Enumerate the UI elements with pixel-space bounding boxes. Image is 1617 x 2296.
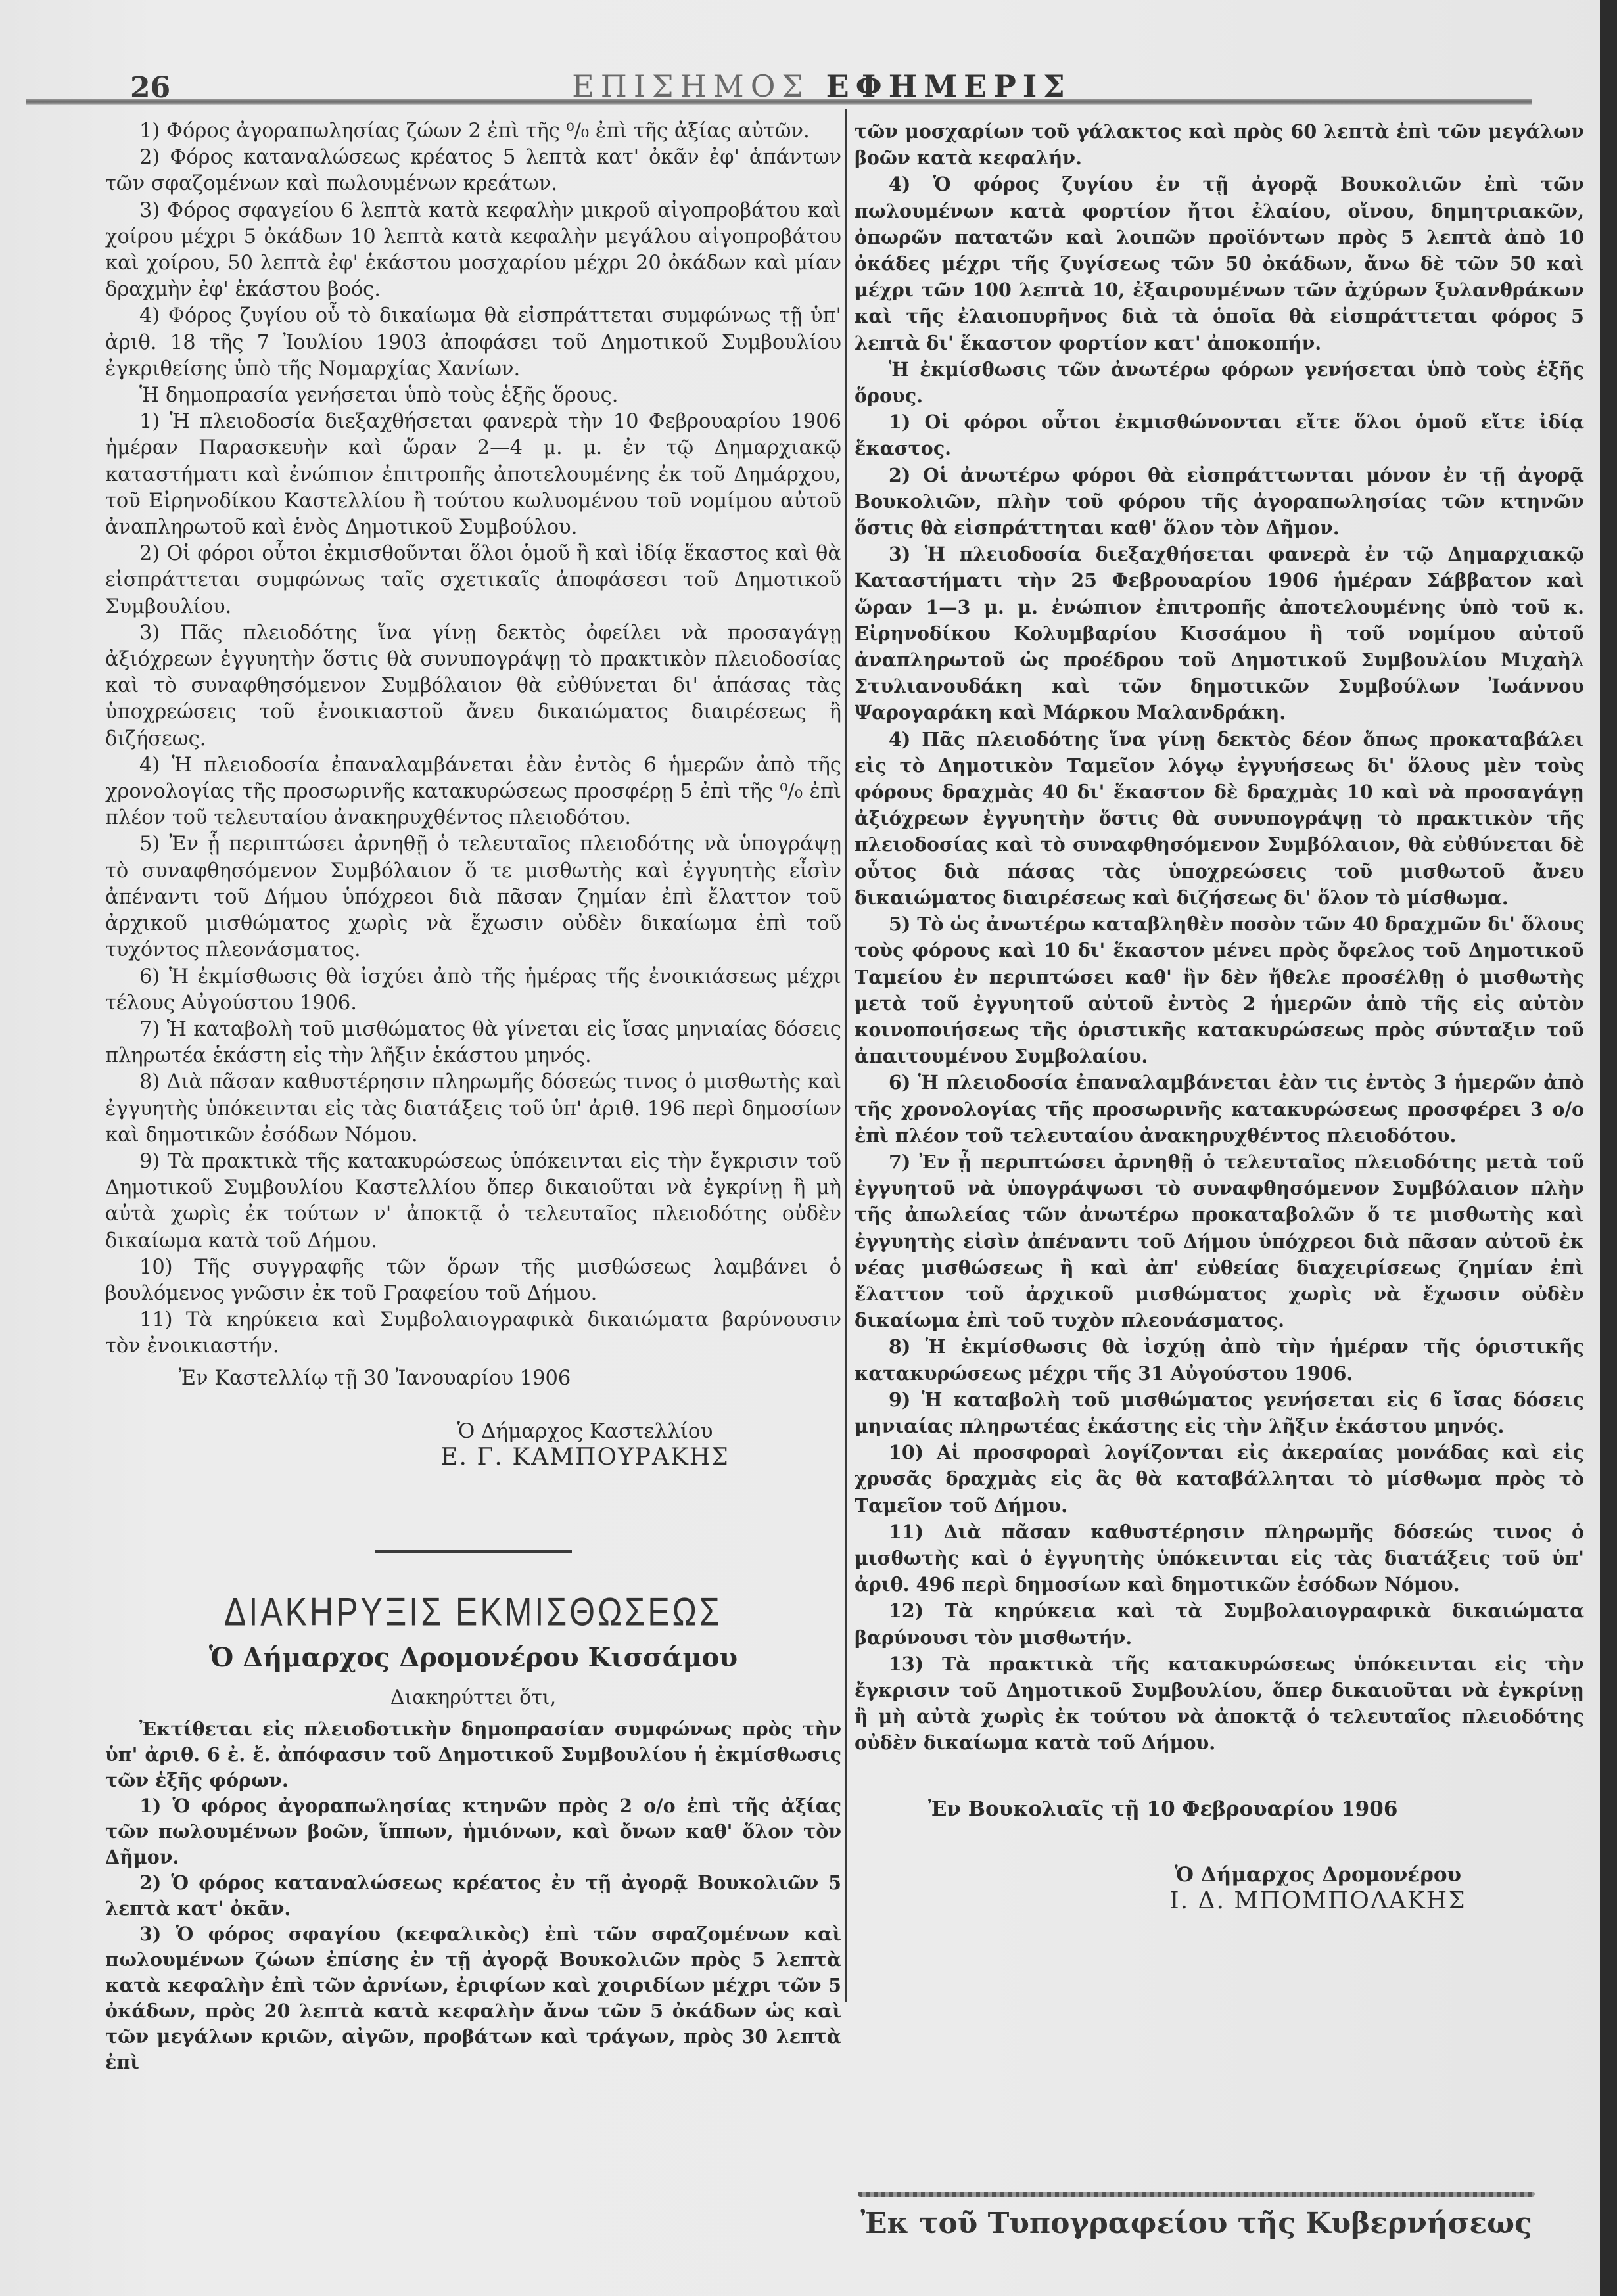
paragraph: 8) Ἡ ἐκμίσθωσις θὰ ἰσχύῃ ἀπὸ τὴν ἡμέραν …: [855, 1333, 1584, 1386]
paragraph: 2) Οἱ ἀνωτέρω φόροι θὰ εἰσπράττωνται μόν…: [855, 462, 1584, 541]
paragraph: 2) Οἱ φόροι οὗτοι ἐκμισθοῦνται ὅλοι ὁμοῦ…: [105, 541, 841, 620]
left-paragraphs: 1) Φόρος ἀγοραπωλησίας ζώων 2 ἐπὶ τῆς ⁰/…: [105, 118, 841, 1360]
paragraph: 9) Ἡ καταβολὴ τοῦ μισθώματος γενήσεται ε…: [855, 1387, 1584, 1439]
signatory-title: Ὁ Δήμαρχος Καστελλίου: [329, 1418, 841, 1444]
paragraph: 3) Πᾶς πλειοδότης ἵνα γίνῃ δεκτὸς ὀφείλε…: [105, 620, 841, 752]
paragraph: 6) Ἡ πλειοδοσία ἐπαναλαμβάνεται ἐὰν τις …: [855, 1069, 1584, 1149]
paragraph: 13) Τὰ πρακτικὰ τῆς κατακυρώσεως ὑπόκειν…: [855, 1651, 1584, 1756]
paragraph: 3) Ἡ πλειοδοσία διεξαχθήσεται φανερὰ ἐν …: [855, 541, 1584, 725]
paragraph: 6) Ἡ ἐκμίσθωσις θὰ ἰσχύει ἀπὸ τῆς ἡμέρας…: [105, 964, 841, 1017]
signatory-title-right: Ὁ Δήμαρχος Δρομονέρου: [1052, 1862, 1584, 1888]
signature-block-right: Ὁ Δήμαρχος Δρομονέρου Ι. Δ. ΜΠΟΜΠΟΛΑΚΗΣ: [855, 1862, 1584, 1914]
signature-block: Ὁ Δήμαρχος Καστελλίου Ε. Γ. ΚΑΜΠΟΥΡΑΚΗΣ: [105, 1418, 841, 1471]
notice-paragraphs: Ἐκτίθεται εἰς πλειοδοτικὴν δημοπρασίαν σ…: [105, 1716, 841, 2075]
paragraph: 8) Διὰ πᾶσαν καθυστέρησιν πληρωμῆς δόσεώ…: [105, 1069, 841, 1149]
footer-wavy-rule: [858, 2192, 1535, 2197]
paragraph: 11) Διὰ πᾶσαν καθυστέρησιν πληρωμῆς δόσε…: [855, 1519, 1584, 1598]
paragraph: 2) Φόρος καταναλώσεως κρέατος 5 λεπτὰ κα…: [105, 145, 841, 197]
paragraph: 5) Ἐν ᾗ περιπτώσει ἀρνηθῇ ὁ τελευταῖος π…: [105, 831, 841, 963]
printer-imprint: Ἐκ τοῦ Τυπογραφείου τῆς Κυβερνήσεως: [858, 2207, 1535, 2240]
paragraph: 4) Ἡ πλειοδοσία ἐπαναλαμβάνεται ἐὰν ἐντὸ…: [105, 752, 841, 832]
paragraph: 1) Οἱ φόροι οὗτοι ἐκμισθώνονται εἴτε ὅλο…: [855, 409, 1584, 461]
paragraph: 10) Τῆς συγγραφῆς τῶν ὅρων τῆς μισθώσεως…: [105, 1254, 841, 1307]
paragraph: 10) Αἱ προσφοραὶ λογίζονται εἰς ἀκεραίας…: [855, 1439, 1584, 1519]
paragraph: Ἡ ἐκμίσθωσις τῶν ἀνωτέρω φόρων γενήσεται…: [855, 356, 1584, 409]
header-rule: [26, 99, 1532, 105]
right-column: τῶν μοσχαρίων τοῦ γάλακτος καὶ πρὸς 60 λ…: [855, 118, 1584, 1914]
left-column: 1) Φόρος ἀγοραπωλησίας ζώων 2 ἐπὶ τῆς ⁰/…: [105, 118, 841, 2075]
paragraph: 1) Ἡ πλειοδοσία διεξαχθήσεται φανερὰ τὴν…: [105, 409, 841, 541]
paragraph: 3) Φόρος σφαγείου 6 λεπτὰ κατὰ κεφαλὴν μ…: [105, 198, 841, 304]
paragraph: 4) Πᾶς πλειοδότης ἵνα γίνῃ δεκτὸς δέον ὅ…: [855, 726, 1584, 911]
paragraph: 12) Τὰ κηρύκεια καὶ τὰ Συμβολαιογραφικὰ …: [855, 1597, 1584, 1650]
paragraph: 9) Τὰ πρακτικὰ τῆς κατακυρώσεως ὑπόκειντ…: [105, 1149, 841, 1254]
column-divider: [845, 109, 847, 2002]
notice-issuer: Ὁ Δήμαρχος Δρομονέρου Κισσάμου: [105, 1645, 841, 1671]
paragraph: Ἡ δημοπρασία γενήσεται ὑπὸ τοὺς ἑξῆς ὅρο…: [105, 382, 841, 409]
closing-place-date: Ἐν Καστελλίῳ τῇ 30 Ἰανουαρίου 1906: [105, 1366, 841, 1392]
notice-title: ΔΙΑΚΗΡΥΞΙΣ ΕΚΜΙΣΘΩΣΕΩΣ: [105, 1596, 841, 1628]
paragraph: τῶν μοσχαρίων τοῦ γάλακτος καὶ πρὸς 60 λ…: [855, 118, 1584, 171]
scan-border: [1600, 0, 1617, 2296]
signatory-name: Ε. Γ. ΚΑΜΠΟΥΡΑΚΗΣ: [329, 1444, 841, 1471]
paragraph: 5) Τὸ ὡς ἀνωτέρω καταβληθὲν ποσὸν τῶν 40…: [855, 911, 1584, 1069]
paragraph: 1) Φόρος ἀγοραπωλησίας ζώων 2 ἐπὶ τῆς ⁰/…: [105, 118, 841, 145]
paragraph: 4) Φόρος ζυγίου οὗ τὸ δικαίωμα θὰ εἰσπρά…: [105, 303, 841, 382]
paragraph: 7) Ἐν ᾗ περιπτώσει ἀρνηθῇ ὁ τελευταῖος π…: [855, 1149, 1584, 1333]
paragraph: 1) Ὁ φόρος ἀγοραπωλησίας κτηνῶν πρὸς 2 ο…: [105, 1793, 841, 1870]
paragraph: 11) Τὰ κηρύκεια καὶ Συμβολαιογραφικὰ δικ…: [105, 1307, 841, 1360]
paragraph: 7) Ἡ καταβολὴ τοῦ μισθώματος θὰ γίνεται …: [105, 1017, 841, 1069]
gazette-page: 26 ΕΠΙΣΗΜΟΣ ΕΦΗΜΕΡΙΣ 1) Φόρος ἀγοραπωλησ…: [0, 0, 1617, 2296]
section-divider: [375, 1550, 572, 1553]
closing-place-date-right: Ἐν Βουκολιαῖς τῇ 10 Φεβρουαρίου 1906: [855, 1796, 1584, 1822]
signatory-name-right: Ι. Δ. ΜΠΟΜΠΟΛΑΚΗΣ: [1052, 1888, 1584, 1914]
paragraph: Ἐκτίθεται εἰς πλειοδοτικὴν δημοπρασίαν σ…: [105, 1716, 841, 1793]
notice-intro: Διακηρύττει ὅτι,: [105, 1685, 841, 1711]
paragraph: 3) Ὁ φόρος σφαγίου (κεφαλικὸς) ἐπὶ τῶν σ…: [105, 1921, 841, 2075]
paragraph: 4) Ὁ φόρος ζυγίου ἐν τῇ ἀγορᾷ Βουκολιῶν …: [855, 171, 1584, 356]
paragraph: 2) Ὁ φόρος καταναλώσεως κρέατος ἐν τῇ ἀγ…: [105, 1870, 841, 1921]
right-paragraphs: τῶν μοσχαρίων τοῦ γάλακτος καὶ πρὸς 60 λ…: [855, 118, 1584, 1756]
